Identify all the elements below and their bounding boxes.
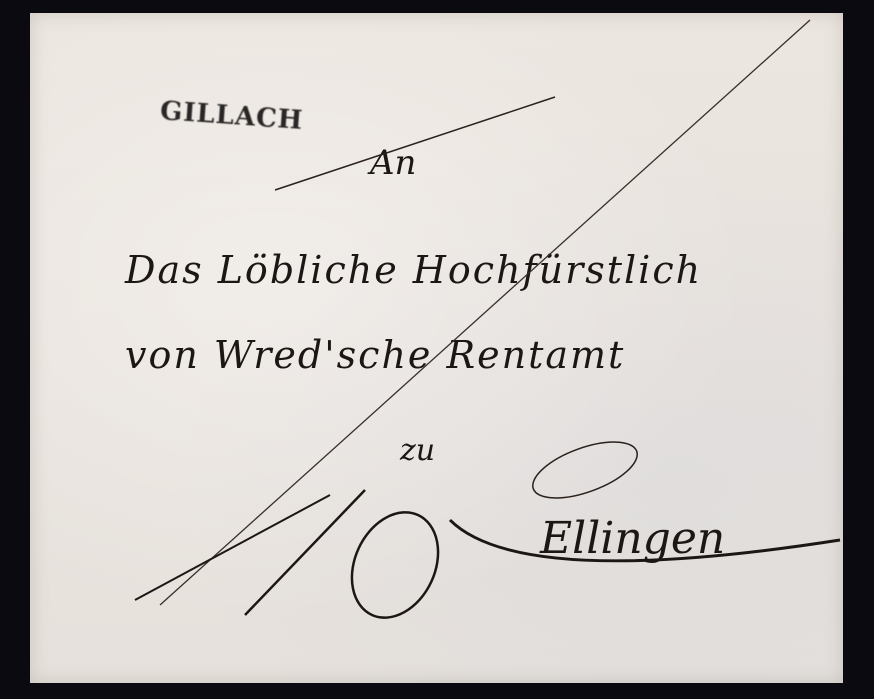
pen-strokes (0, 0, 874, 699)
rate-mark-stroke (135, 495, 330, 600)
